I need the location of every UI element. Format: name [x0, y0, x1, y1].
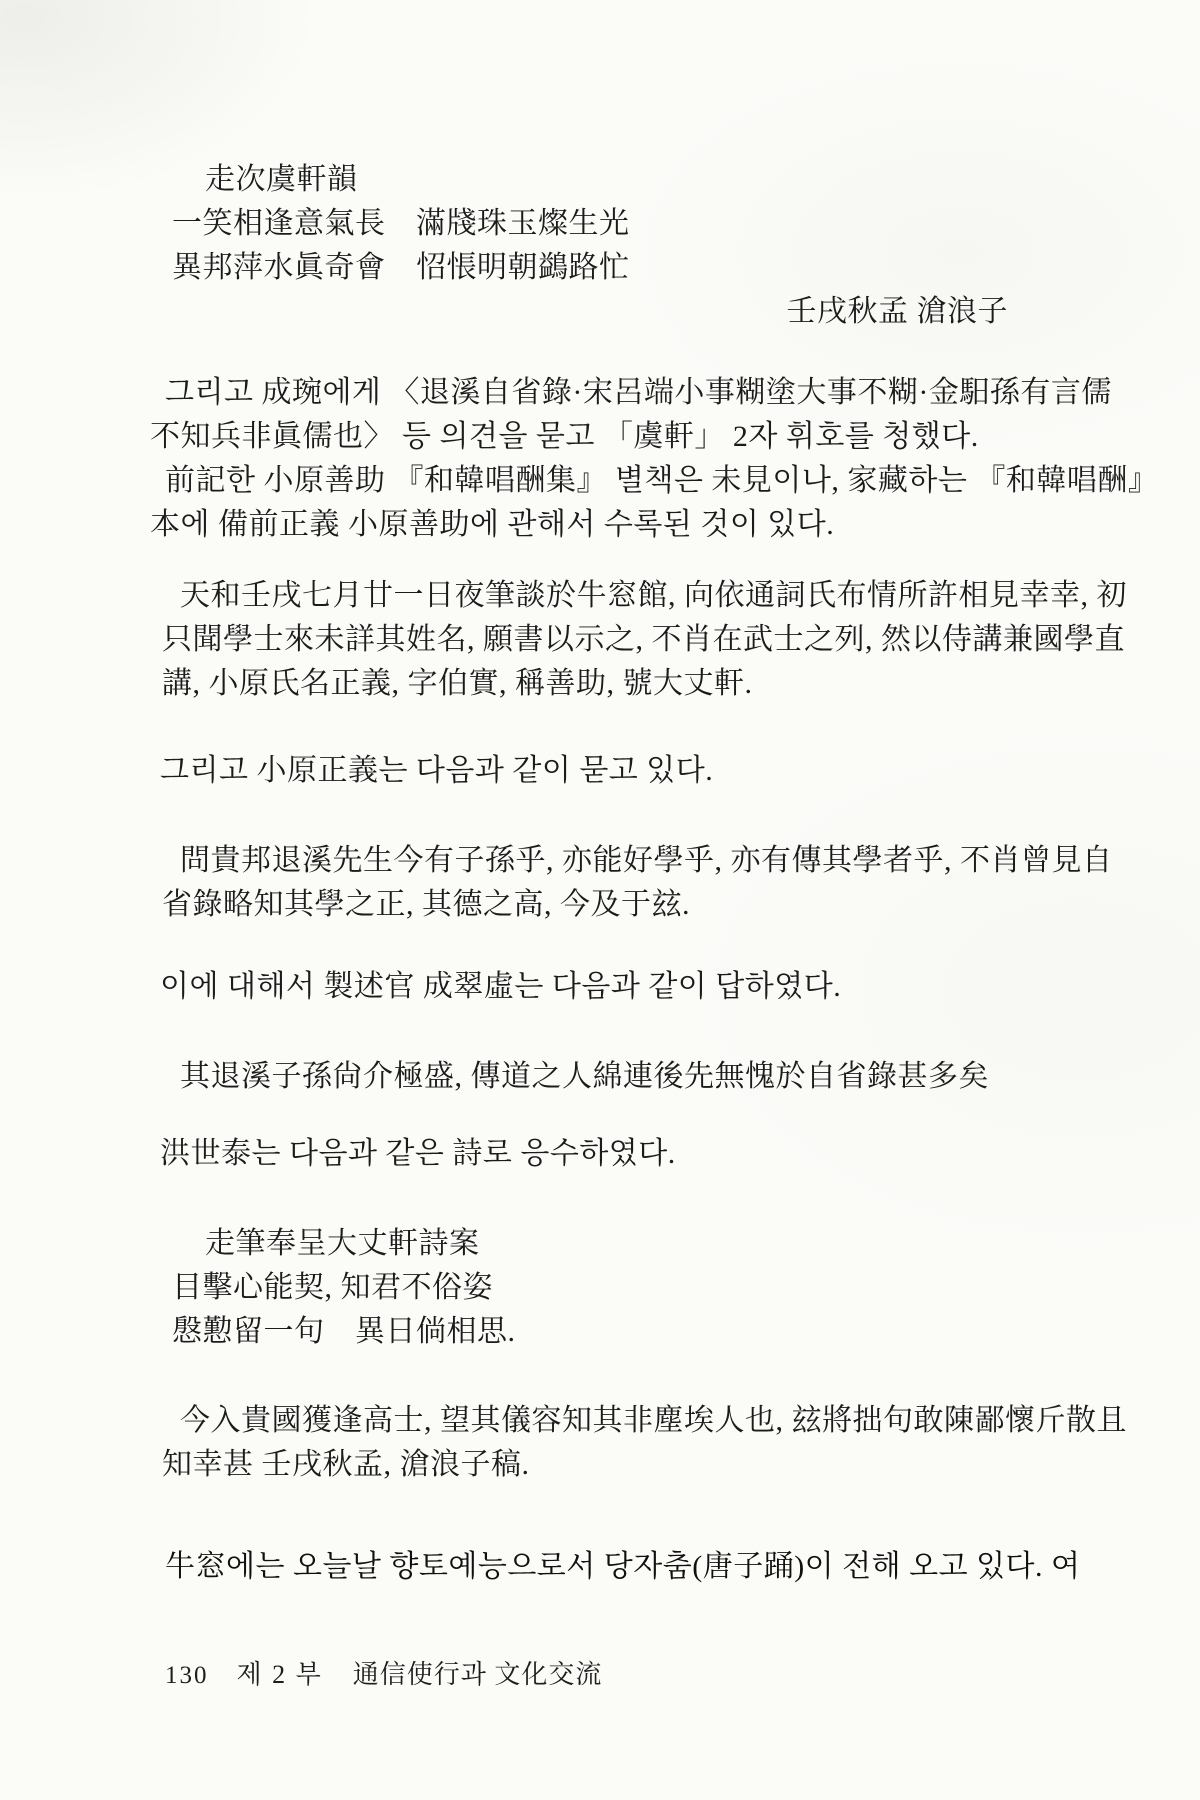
poem2-line1: 目擊心能契, 知君不俗姿	[150, 1266, 1010, 1310]
scanned-book-page: 走次虞軒韻 一笑相逢意氣長 滿牋珠玉燦生光 異邦萍水眞奇會 怊悵明朝鷁路忙 壬戌…	[0, 0, 1200, 1800]
quote3-line1: 其退溪子孫尙介極盛, 傳道之人綿連後先無愧於自省錄甚多矣	[150, 1055, 1010, 1099]
narration4: 牛窓에는 오늘날 향토예능으로서 당자춤(唐子踊)이 전해 오고 있다. 여	[150, 1545, 1010, 1589]
quote2-line2: 省錄略知其學之正, 其德之高, 今及于玆.	[150, 883, 1010, 927]
poem1-line1: 一笑相逢意氣長 滿牋珠玉燦生光	[150, 202, 1010, 246]
quote4-line1: 今入貴國獲逢高士, 望其儀容知其非塵埃人也, 玆將拙句敢陳鄙懷斤散且	[150, 1399, 1010, 1443]
paragraph1-line2: 不知兵非眞儒也〉 등 의견을 묻고 「虞軒」 2자 휘호를 청했다.	[150, 415, 1010, 459]
narration3: 洪世泰는 다음과 같은 詩로 응수하였다.	[150, 1132, 1010, 1176]
narration1: 그리고 小原正義는 다음과 같이 묻고 있다.	[150, 749, 1010, 793]
footer-part-title: 通信使行과 文化交流	[353, 1660, 603, 1689]
paragraph1-line1: 그리고 成琬에게 〈退溪自省錄·宋呂端小事糊塗大事不糊·金馹孫有言儒	[150, 371, 1010, 415]
footer-part-label: 제 2 부	[237, 1660, 323, 1689]
poem2-line2: 慇懃留一句 異日倘相思.	[150, 1310, 1010, 1354]
narration2: 이에 대해서 製述官 成翠虛는 다음과 같이 답하였다.	[150, 965, 1010, 1009]
quote1-line3: 講, 小原氏名正義, 字伯實, 稱善助, 號大丈軒.	[150, 662, 1010, 706]
page-content: 走次虞軒韻 一笑相逢意氣長 滿牋珠玉燦生光 異邦萍水眞奇會 怊悵明朝鷁路忙 壬戌…	[150, 0, 1010, 1697]
poem2-title: 走筆奉呈大丈軒詩案	[150, 1222, 1010, 1266]
poem1-title: 走次虞軒韻	[150, 158, 1010, 202]
quote1-line1: 天和壬戌七月廿一日夜筆談於牛窓館, 向依通詞氏布情所許相見幸幸, 初	[150, 574, 1010, 618]
page-footer: 130제 2 부通信使行과 文化交流	[150, 1653, 1010, 1697]
quote2-line1: 問貴邦退溪先生今有子孫乎, 亦能好學乎, 亦有傳其學者乎, 不肖曾見自	[150, 839, 1010, 883]
paragraph2-line1: 前記한 小原善助 『和韓唱酬集』 별책은 未見이나, 家藏하는 『和韓唱酬』	[150, 459, 1010, 503]
poem1-line2: 異邦萍水眞奇會 怊悵明朝鷁路忙	[150, 246, 1010, 290]
paragraph2-line2: 本에 備前正義 小原善助에 관해서 수록된 것이 있다.	[150, 503, 1010, 547]
quote1-line2: 只聞學士來未詳其姓名, 願書以示之, 不肖在武士之列, 然以侍講兼國學直	[150, 618, 1010, 662]
quote4-line2: 知幸甚 壬戌秋孟, 滄浪子稿.	[150, 1443, 1010, 1487]
page-number: 130	[165, 1662, 209, 1689]
poem1-signature: 壬戌秋孟 滄浪子	[150, 290, 1010, 334]
